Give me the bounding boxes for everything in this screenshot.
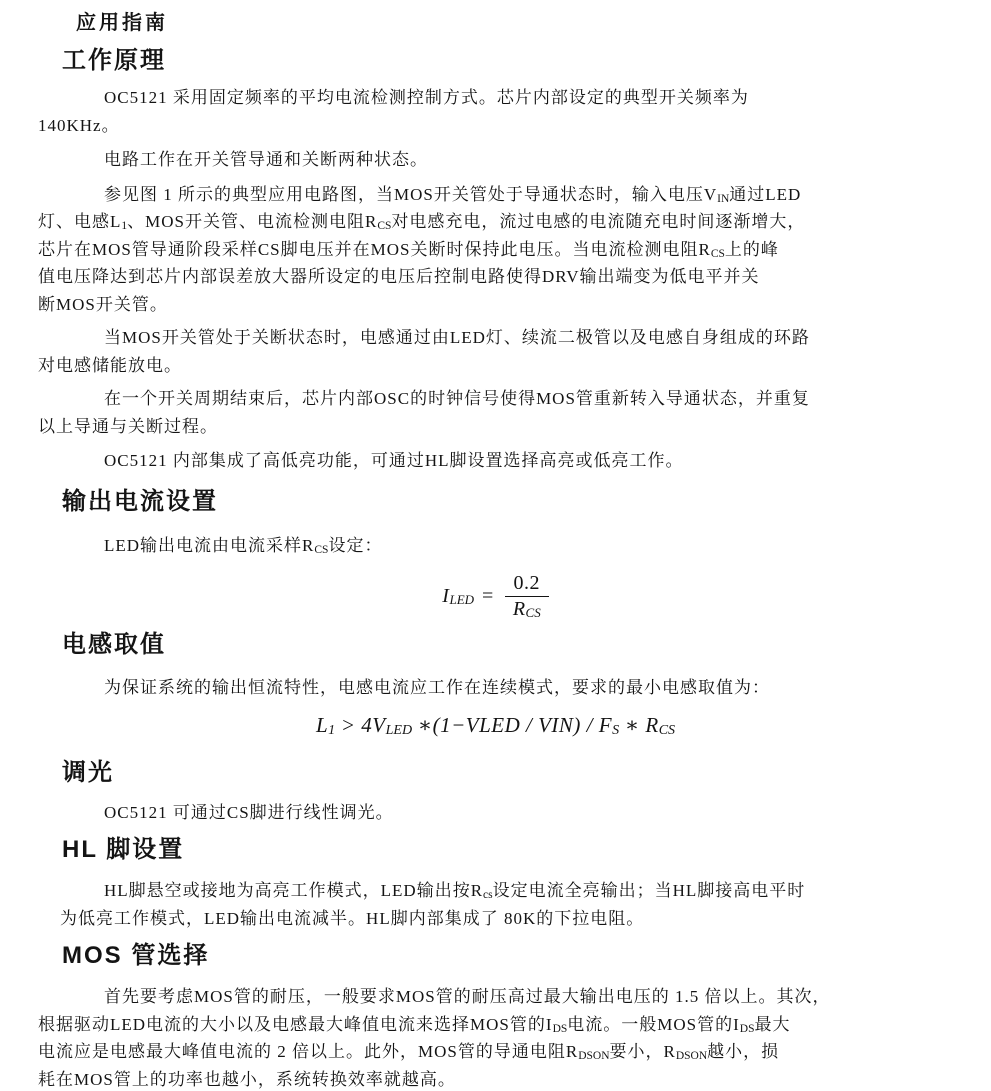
section-hl-pin: HL 脚设置 HL脚悬空或接地为高亮工作模式，LED输出按Rcs设定电流全亮输出… [0, 835, 991, 932]
paragraph-line: 当MOS开关管处于关断状态时，电感通过由LED灯、续流二极管以及电感自身组成的环… [38, 324, 951, 352]
page: 应用指南 工作原理 OC5121 采用固定频率的平均电流检测控制方式。芯片内部设… [0, 0, 991, 1091]
paragraph-line: 对电感储能放电。 [38, 352, 951, 380]
paragraph: OC5121 内部集成了高低亮功能，可通过HL脚设置选择高亮或低亮工作。 [38, 447, 951, 475]
section-output-current: 输出电流设置 LED输出电流由电流采样RCS设定： ILED = 0.2 RCS [0, 487, 991, 623]
paragraph-line: 芯片在MOS管导通阶段采样CS脚电压并在MOS关断时保持此电压。当电流检测电阻R… [38, 236, 951, 264]
document-body: 应用指南 工作原理 OC5121 采用固定频率的平均电流检测控制方式。芯片内部设… [0, 0, 991, 1091]
heading-working-principle: 工作原理 [62, 46, 991, 76]
heading-mos-selection: MOS 管选择 [62, 941, 991, 971]
paragraph: 电路工作在开关管导通和关断两种状态。 [38, 146, 951, 174]
paragraph-line: LED输出电流由电流采样RCS设定： [38, 532, 951, 560]
paragraph-line: 值电压降达到芯片内部误差放大器所设定的电压后控制电路使得DRV输出端变为低电平并… [38, 263, 951, 291]
section-working-principle: 工作原理 OC5121 采用固定频率的平均电流检测控制方式。芯片内部设定的典型开… [0, 46, 991, 475]
paragraph-line: 在一个开关周期结束后，芯片内部OSC的时钟信号使得MOS管重新转入导通状态，并重… [38, 385, 951, 413]
paragraph: OC5121 可通过CS脚进行线性调光。 [38, 799, 951, 827]
paragraph-line: 140KHz。 [38, 112, 951, 140]
paragraph-line: 参见图 1 所示的典型应用电路图，当MOS开关管处于导通状态时，输入电压VIN通… [38, 181, 951, 209]
paragraph-line: 耗在MOS管上的功率也越小，系统转换效率就越高。 [38, 1066, 951, 1091]
fraction-numerator: 0.2 [506, 571, 549, 596]
section-dimming: 调光 OC5121 可通过CS脚进行线性调光。 [0, 758, 991, 827]
paragraph: LED输出电流由电流采样RCS设定： [38, 532, 951, 560]
paragraph: 为保证系统的输出恒流特性，电感电流应工作在连续模式，要求的最小电感取值为： [38, 674, 951, 702]
formula-lhs-subscript: LED [449, 592, 474, 607]
heading-hl-pin: HL 脚设置 [62, 835, 991, 865]
doc-title: 应用指南 [76, 10, 991, 36]
paragraph: OC5121 采用固定频率的平均电流检测控制方式。芯片内部设定的典型开关频率为 … [38, 84, 951, 139]
fraction-denominator: RCS [505, 596, 549, 622]
formula-lhs: ILED [442, 585, 474, 608]
section-inductor-value: 电感取值 为保证系统的输出恒流特性，电感电流应工作在连续模式，要求的最小电感取值… [0, 630, 991, 742]
paragraph-line: 首先要考虑MOS管的耐压，一般要求MOS管的耐压高过最大输出电压的 1.5 倍以… [38, 983, 951, 1011]
paragraph: 在一个开关周期结束后，芯片内部OSC的时钟信号使得MOS管重新转入导通状态，并重… [38, 385, 951, 440]
paragraph: HL脚悬空或接地为高亮工作模式，LED输出按Rcs设定电流全亮输出；当HL脚接高… [60, 877, 951, 932]
section-mos-selection: MOS 管选择 首先要考虑MOS管的耐压，一般要求MOS管的耐压高过最大输出电压… [0, 941, 991, 1091]
formula-iled: ILED = 0.2 RCS [0, 571, 991, 622]
paragraph-line: HL脚悬空或接地为高亮工作模式，LED输出按Rcs设定电流全亮输出；当HL脚接高… [60, 877, 951, 905]
paragraph-line: 为低亮工作模式，LED输出电流减半。HL脚内部集成了 80K的下拉电阻。 [60, 905, 951, 933]
heading-output-current: 输出电流设置 [62, 487, 991, 517]
paragraph-line: 断MOS开关管。 [38, 291, 951, 319]
paragraph-line: 以上导通与关断过程。 [38, 413, 951, 441]
paragraph: 首先要考虑MOS管的耐压，一般要求MOS管的耐压高过最大输出电压的 1.5 倍以… [38, 983, 951, 1091]
paragraph-line: 为保证系统的输出恒流特性，电感电流应工作在连续模式，要求的最小电感取值为： [38, 674, 951, 702]
paragraph-line: 灯、电感L1、MOS开关管、电流检测电阻RCS对电感充电，流过电感的电流随充电时… [38, 208, 951, 236]
paragraph-line: 电路工作在开关管导通和关断两种状态。 [38, 146, 951, 174]
heading-inductor-value: 电感取值 [62, 630, 991, 660]
paragraph: 当MOS开关管处于关断状态时，电感通过由LED灯、续流二极管以及电感自身组成的环… [38, 324, 951, 379]
paragraph-line: OC5121 内部集成了高低亮功能，可通过HL脚设置选择高亮或低亮工作。 [38, 447, 951, 475]
paragraph-line: OC5121 采用固定频率的平均电流检测控制方式。芯片内部设定的典型开关频率为 [38, 84, 951, 112]
equals-sign: = [482, 585, 494, 608]
paragraph-line: 根据驱动LED电流的大小以及电感最大峰值电流来选择MOS管的IDS电流。一般MO… [38, 1011, 951, 1039]
fraction-denominator-subscript: CS [526, 605, 541, 620]
heading-dimming: 调光 [62, 758, 991, 788]
paragraph-line: OC5121 可通过CS脚进行线性调光。 [38, 799, 951, 827]
formula-inductor: L1 > 4VLED ∗(1−VLED / VIN) / FS ∗ RCS [0, 708, 991, 742]
fraction: 0.2 RCS [505, 571, 549, 622]
paragraph-line: 电流应是电感最大峰值电流的 2 倍以上。此外，MOS管的导通电阻RDSON要小，… [38, 1038, 951, 1066]
paragraph: 参见图 1 所示的典型应用电路图，当MOS开关管处于导通状态时，输入电压VIN通… [38, 181, 951, 319]
